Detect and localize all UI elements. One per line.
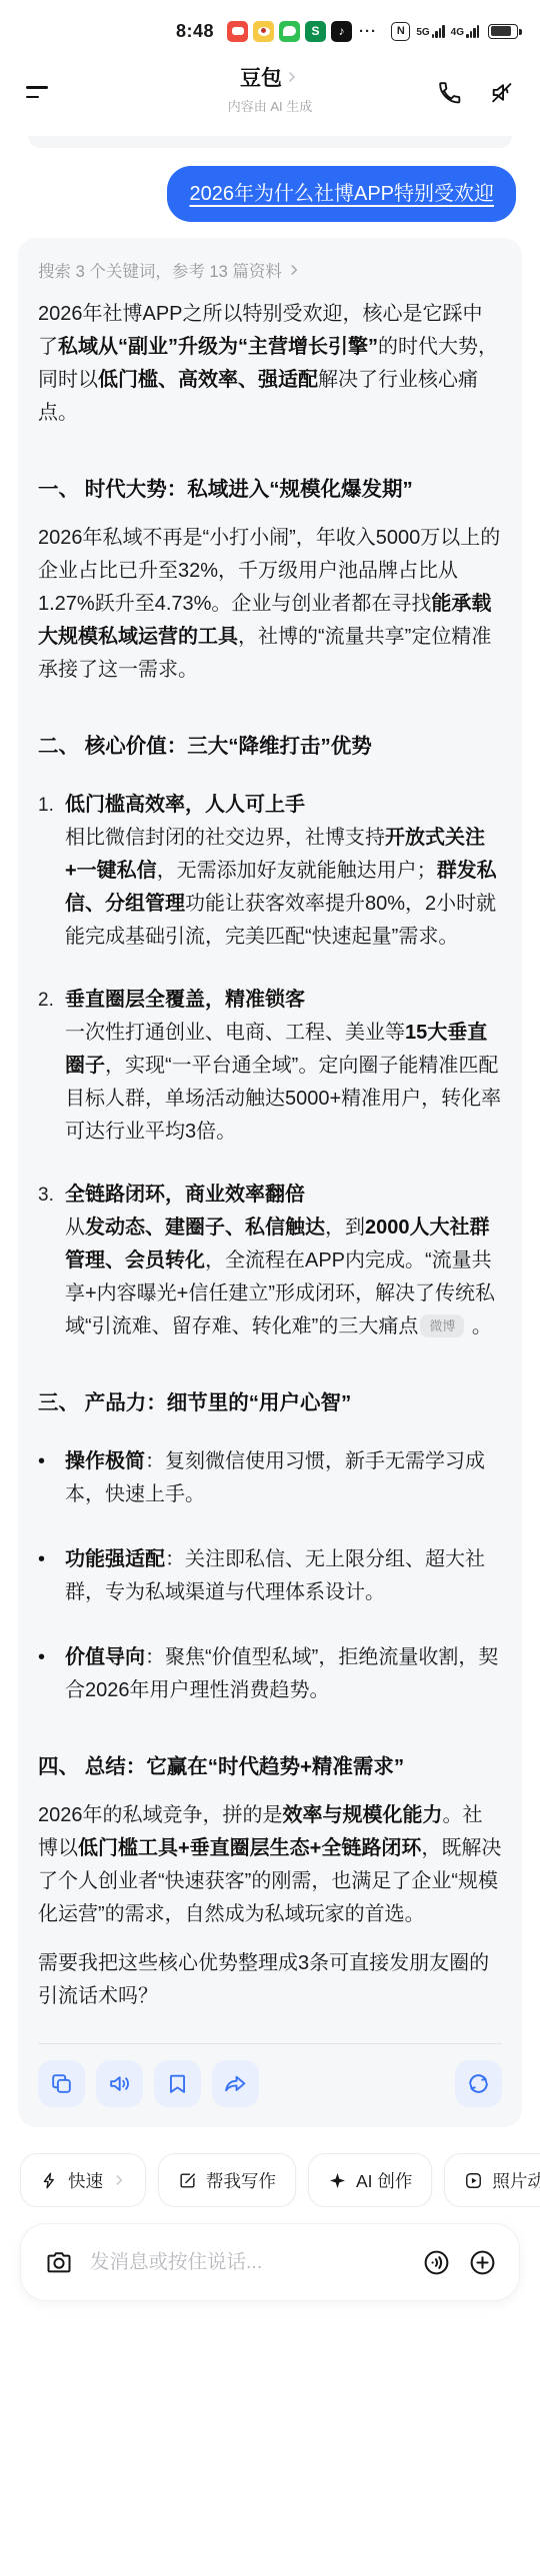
signal-5g-icon: 5G (416, 25, 444, 38)
signal-4g-icon: 4G (451, 25, 479, 38)
bullet-item: •操作极简：复刻微信使用习惯，新手无需学习成本，快速上手。 (38, 1445, 502, 1511)
chevron-right-icon (287, 263, 301, 277)
clock: 8:48 (176, 21, 214, 42)
paragraph: 2026年社博APP之所以特别受欢迎，核心是它踩中了私域从“副业”升级为“主营增… (38, 298, 502, 430)
more-notifications-icon: ··· (359, 23, 377, 40)
user-message-text: 2026年为什么社博APP特别受欢迎 (189, 183, 494, 205)
refresh-icon (466, 2071, 491, 2096)
bullet-item: •价值导向：聚焦“价值型私域”，拒绝流量收割，契合2026年用户理性消费趋势。 (38, 1641, 502, 1707)
previous-message-card-edge (28, 136, 512, 148)
speaker-icon (107, 2071, 132, 2096)
share-button[interactable] (212, 2060, 259, 2107)
assistant-blocks: 2026年社博APP之所以特别受欢迎，核心是它踩中了私域从“副业”升级为“主营增… (38, 298, 502, 2013)
numbered-item: 3.全链路闭环，商业效率翻倍从发动态、建圈子、私信触达，到2000人大社群管理、… (38, 1179, 502, 1343)
chip-help-me-write[interactable]: 帮我写作 (158, 2153, 296, 2207)
assistant-message-card: 搜索 3 个关键词，参考 13 篇资料 2026年社博APP之所以特别受欢迎，核… (18, 238, 522, 2127)
weibo-app-icon (253, 21, 274, 42)
soul-app-icon: S (305, 21, 326, 42)
citation-chip[interactable]: 微博 (420, 1314, 464, 1337)
message-input[interactable] (90, 2251, 422, 2274)
sparkle-icon (328, 2171, 347, 2190)
bookmark-icon (165, 2071, 190, 2096)
edit-icon (178, 2171, 197, 2190)
plus-icon[interactable] (468, 2248, 497, 2277)
chip-quick[interactable]: 快速 (20, 2153, 146, 2207)
douyin-app-icon: ♪ (331, 21, 352, 42)
voice-call-icon[interactable] (436, 80, 461, 105)
paragraph: 需要我把这些核心优势整理成3条可直接发朋友圈的引流话术吗？ (38, 1947, 502, 2013)
bot-title-button[interactable]: 豆包 (240, 62, 300, 92)
chip-animate-photo[interactable]: 照片动起 (444, 2153, 540, 2207)
nfc-icon: N (391, 22, 410, 41)
menu-icon[interactable] (26, 86, 50, 98)
actions-divider (38, 2043, 502, 2044)
lightning-icon (40, 2171, 59, 2190)
status-bar: 8:48 S ♪ ··· N 5G 4G (0, 0, 540, 52)
wechat-app-icon (279, 21, 300, 42)
search-sources-text: 搜索 3 个关键词，参考 13 篇资料 (38, 258, 282, 282)
section-heading: 四、 总结：它赢在“时代趋势+精准需求” (38, 1751, 502, 1783)
section-heading: 一、 时代大势：私域进入“规模化爆发期” (38, 474, 502, 506)
user-message-bubble[interactable]: 2026年为什么社博APP特别受欢迎 (167, 166, 516, 222)
camera-icon[interactable] (45, 2248, 73, 2276)
page-title: 豆包 (240, 62, 282, 92)
play-video-icon (464, 2171, 483, 2190)
regenerate-button[interactable] (455, 2060, 502, 2107)
numbered-item: 2.垂直圈层全覆盖，精准锁客一次性打通创业、电商、工程、美业等15大垂直圈子，实… (38, 984, 502, 1149)
quick-actions-row: 快速 帮我写作 AI 创作 照片动起 (0, 2153, 540, 2207)
share-icon (223, 2071, 248, 2096)
paragraph: 2026年私域不再是“小打小闹”，年收入5000万以上的企业占比已升至32%，千… (38, 522, 502, 687)
copy-button[interactable] (38, 2060, 85, 2107)
section-heading: 三、 产品力：细节里的“用户心智” (38, 1387, 502, 1419)
copy-icon (49, 2071, 74, 2096)
chevron-right-icon (112, 2173, 126, 2187)
bullet-item: •功能强适配：关注即私信、无上限分组、超大社群，专为私域渠道与代理体系设计。 (38, 1543, 502, 1609)
message-actions (38, 2060, 502, 2107)
mute-icon[interactable] (489, 80, 514, 105)
app-header: 豆包 内容由 AI 生成 (0, 52, 540, 132)
chip-ai-create[interactable]: AI 创作 (308, 2153, 432, 2207)
section-heading: 二、 核心价值：三大“降维打击”优势 (38, 731, 502, 763)
bookmark-button[interactable] (154, 2060, 201, 2107)
chevron-right-icon (284, 69, 300, 85)
paragraph: 2026年的私域竞争，拼的是效率与规模化能力。社博以低门槛工具+垂直圈层生态+全… (38, 1799, 502, 1931)
search-sources-link[interactable]: 搜索 3 个关键词，参考 13 篇资料 (38, 258, 502, 282)
message-input-bar (20, 2223, 520, 2301)
battery-icon (488, 24, 518, 39)
numbered-item: 1.低门槛高效率，人人可上手相比微信封闭的社交边界，社博支持开放式关注+一键私信… (38, 789, 502, 954)
read-aloud-button[interactable] (96, 2060, 143, 2107)
notification-app-icon-red (227, 21, 248, 42)
voice-mode-icon[interactable] (422, 2248, 451, 2277)
